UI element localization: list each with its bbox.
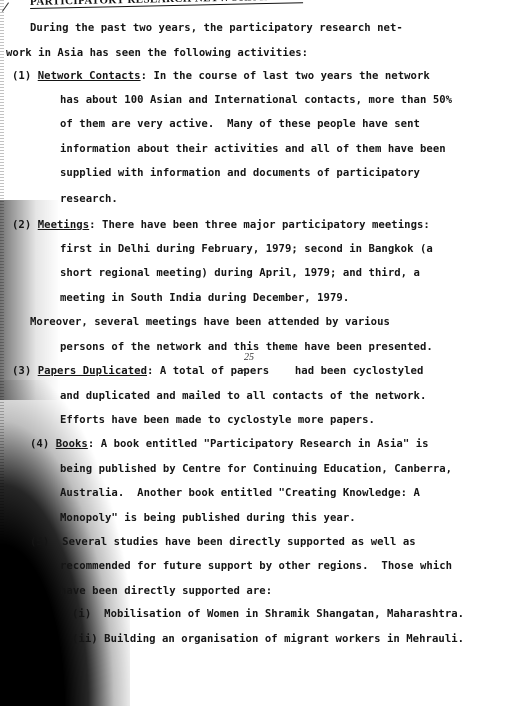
margin-mark: / [1,0,11,15]
item-heading: Papers Duplicated [38,365,147,377]
line-text: recommended for future support by other … [60,560,452,572]
text-line: Monopoly" is being published during this… [60,512,356,524]
line-text: information about their activities and a… [60,143,446,155]
line-text: Several studies have been directly suppo… [56,536,416,548]
text-line: has about 100 Asian and International co… [60,94,452,106]
text-line: Australia. Another book entitled "Creati… [60,487,420,499]
line-text: During the past two years, the participa… [30,22,403,34]
text-line: (2) Meetings: There have been three majo… [12,219,430,231]
text-line: Efforts have been made to cyclostyle mor… [60,414,375,426]
handwritten-annotation: 25 [244,352,254,363]
text-line: (3) Papers Duplicated: A total of papers… [12,365,423,377]
line-text: Monopoly" is being published during this… [60,512,356,524]
line-text: There have been three major participator… [96,219,430,231]
item-marker: (1) [12,70,38,82]
text-line: being published by Centre for Continuing… [60,463,452,475]
scanned-document-page: / PARTICIPATORY RESEARCH NETWORK IN ASIA… [0,0,516,706]
document-title: PARTICIPATORY RESEARCH NETWORK IN ASIA [30,0,303,9]
line-text: short regional meeting) during April, 19… [60,267,420,279]
text-line: (5) Several studies have been directly s… [30,536,416,548]
line-text: Mobilisation of Women in Shramik Shangat… [98,608,464,620]
text-line: (1) Network Contacts: In the course of l… [12,70,430,82]
line-text: have been directly supported are: [60,585,272,597]
item-marker: (5) [30,536,56,548]
line-text: In the course of last two years the netw… [147,70,430,82]
item-marker: (4) [30,438,56,450]
text-line: During the past two years, the participa… [30,22,403,34]
item-marker: (3) [12,365,38,377]
line-text: Moreover, several meetings have been att… [30,316,390,328]
text-line: Moreover, several meetings have been att… [30,316,390,328]
text-line: meeting in South India during December, … [60,292,349,304]
text-line: and duplicated and mailed to all contact… [60,390,426,402]
text-line: (4) Books: A book entitled "Participator… [30,438,429,450]
line-text: first in Delhi during February, 1979; se… [60,243,433,255]
text-line: research. [60,193,118,205]
line-text: being published by Centre for Continuing… [60,463,452,475]
text-line: of them are very active. Many of these p… [60,118,420,130]
text-line: supplied with information and documents … [60,167,420,179]
line-text: work in Asia has seen the following acti… [6,47,308,59]
line-text: A book entitled "Participatory Research … [94,438,428,450]
text-line: recommended for future support by other … [60,560,452,572]
line-text: of them are very active. Many of these p… [60,118,420,130]
line-text: Australia. Another book entitled "Creati… [60,487,420,499]
line-text: and duplicated and mailed to all contact… [60,390,426,402]
item-marker: (i) [72,608,98,620]
text-line: short regional meeting) during April, 19… [60,267,420,279]
item-marker: (ii) [72,633,104,645]
text-line: (ii) Building an organisation of migrant… [72,633,464,645]
insertion-caret: ^ [241,369,246,379]
line-text: research. [60,193,118,205]
line-text: supplied with information and documents … [60,167,420,179]
line-text: A total of papers had been cyclostyled [153,365,423,377]
text-line: work in Asia has seen the following acti… [6,47,308,59]
text-line: first in Delhi during February, 1979; se… [60,243,433,255]
line-text: Building an organisation of migrant work… [104,633,464,645]
line-text: meeting in South India during December, … [60,292,349,304]
line-text: Efforts have been made to cyclostyle mor… [60,414,375,426]
text-line: (i) Mobilisation of Women in Shramik Sha… [72,608,464,620]
text-line: information about their activities and a… [60,143,446,155]
item-marker: (2) [12,219,38,231]
item-heading: Meetings [38,219,89,231]
line-text: has about 100 Asian and International co… [60,94,452,106]
text-line: have been directly supported are: [60,585,272,597]
item-heading: Network Contacts [38,70,141,82]
item-heading: Books [56,438,88,450]
